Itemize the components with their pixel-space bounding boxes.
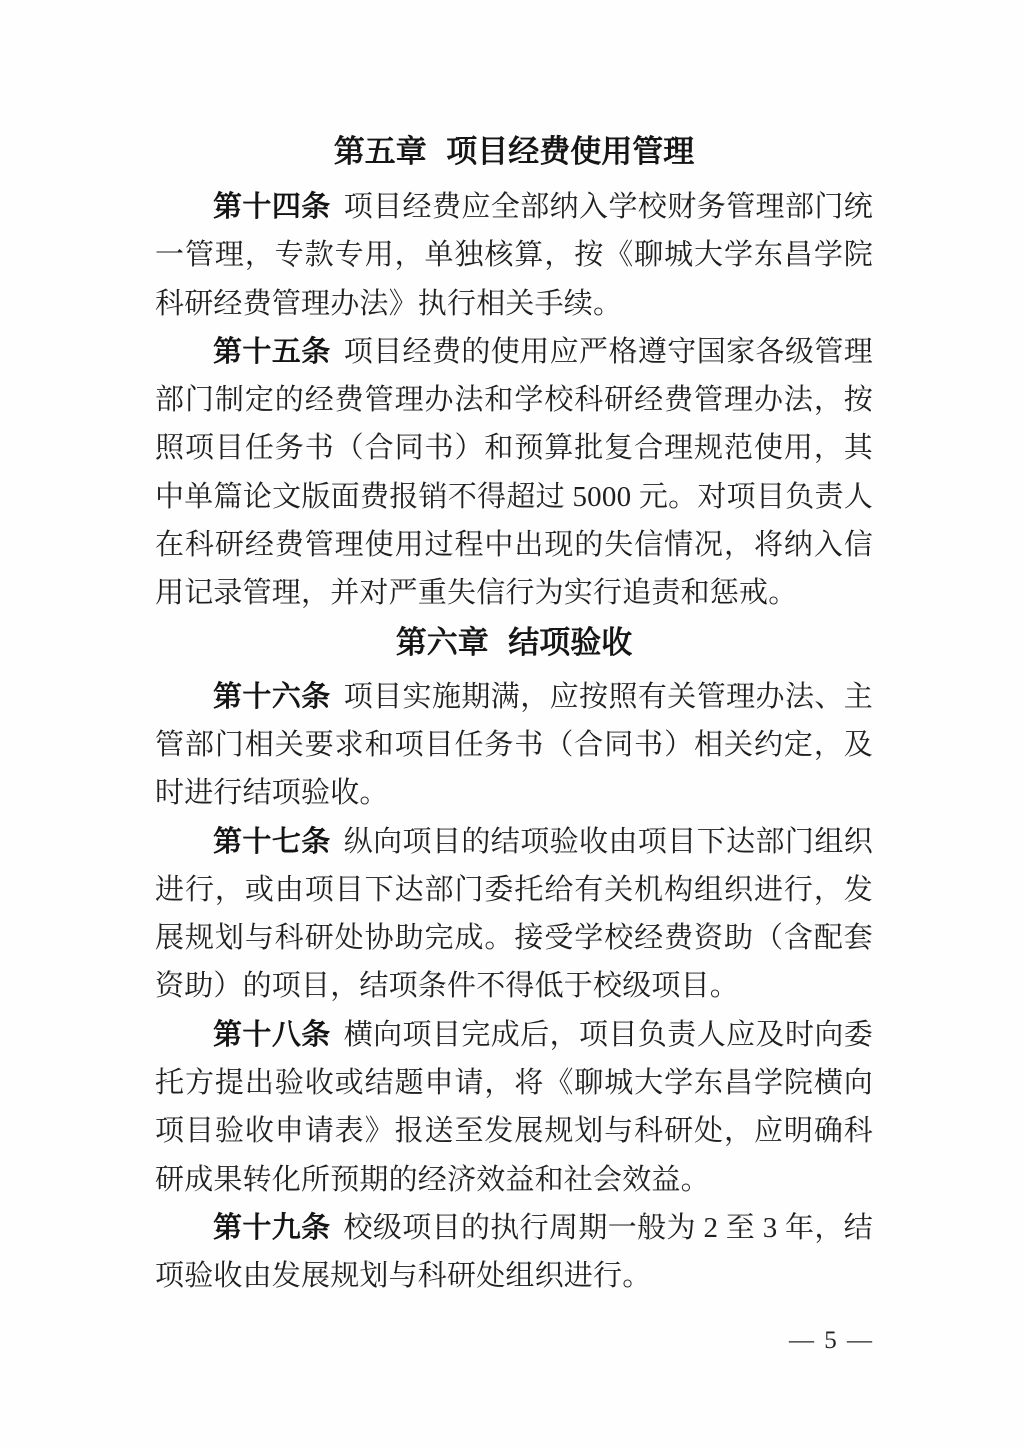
article-15: 第十五条项目经费的使用应严格遵守国家各级管理部门制定的经费管理办法和学校科研经费… bbox=[155, 328, 873, 618]
page-number: — 5 — bbox=[789, 1327, 874, 1355]
article-16: 第十六条项目实施期满，应按照有关管理办法、主管部门相关要求和项目任务书（合同书）… bbox=[155, 673, 873, 818]
chapter-5-title: 第五章 项目经费使用管理 bbox=[155, 130, 873, 174]
document-page: 第五章 项目经费使用管理 第十四条项目经费应全部纳入学校财务管理部门统一管理，专… bbox=[0, 0, 1024, 1448]
article-16-label: 第十六条 bbox=[213, 681, 331, 713]
article-19: 第十九条校级项目的执行周期一般为 2 至 3 年，结项验收由发展规划与科研处组织… bbox=[155, 1204, 873, 1301]
article-17: 第十七条纵向项目的结项验收由项目下达部门组织进行，或由项目下达部门委托给有关机构… bbox=[155, 818, 873, 1011]
chapter-6-title: 第六章 结项验收 bbox=[155, 621, 873, 665]
article-15-label: 第十五条 bbox=[213, 336, 331, 368]
article-14-label: 第十四条 bbox=[213, 191, 331, 223]
article-19-label: 第十九条 bbox=[213, 1212, 330, 1244]
article-14: 第十四条项目经费应全部纳入学校财务管理部门统一管理，专款专用，单独核算，按《聊城… bbox=[155, 183, 873, 328]
document-content: 第五章 项目经费使用管理 第十四条项目经费应全部纳入学校财务管理部门统一管理，专… bbox=[155, 130, 873, 1301]
article-15-text: 项目经费的使用应严格遵守国家各级管理部门制定的经费管理办法和学校科研经费管理办法… bbox=[155, 336, 873, 609]
article-18-label: 第十八条 bbox=[213, 1019, 331, 1051]
article-18: 第十八条横向项目完成后，项目负责人应及时向委托方提出验收或结题申请，将《聊城大学… bbox=[155, 1011, 873, 1204]
article-17-label: 第十七条 bbox=[213, 826, 331, 858]
